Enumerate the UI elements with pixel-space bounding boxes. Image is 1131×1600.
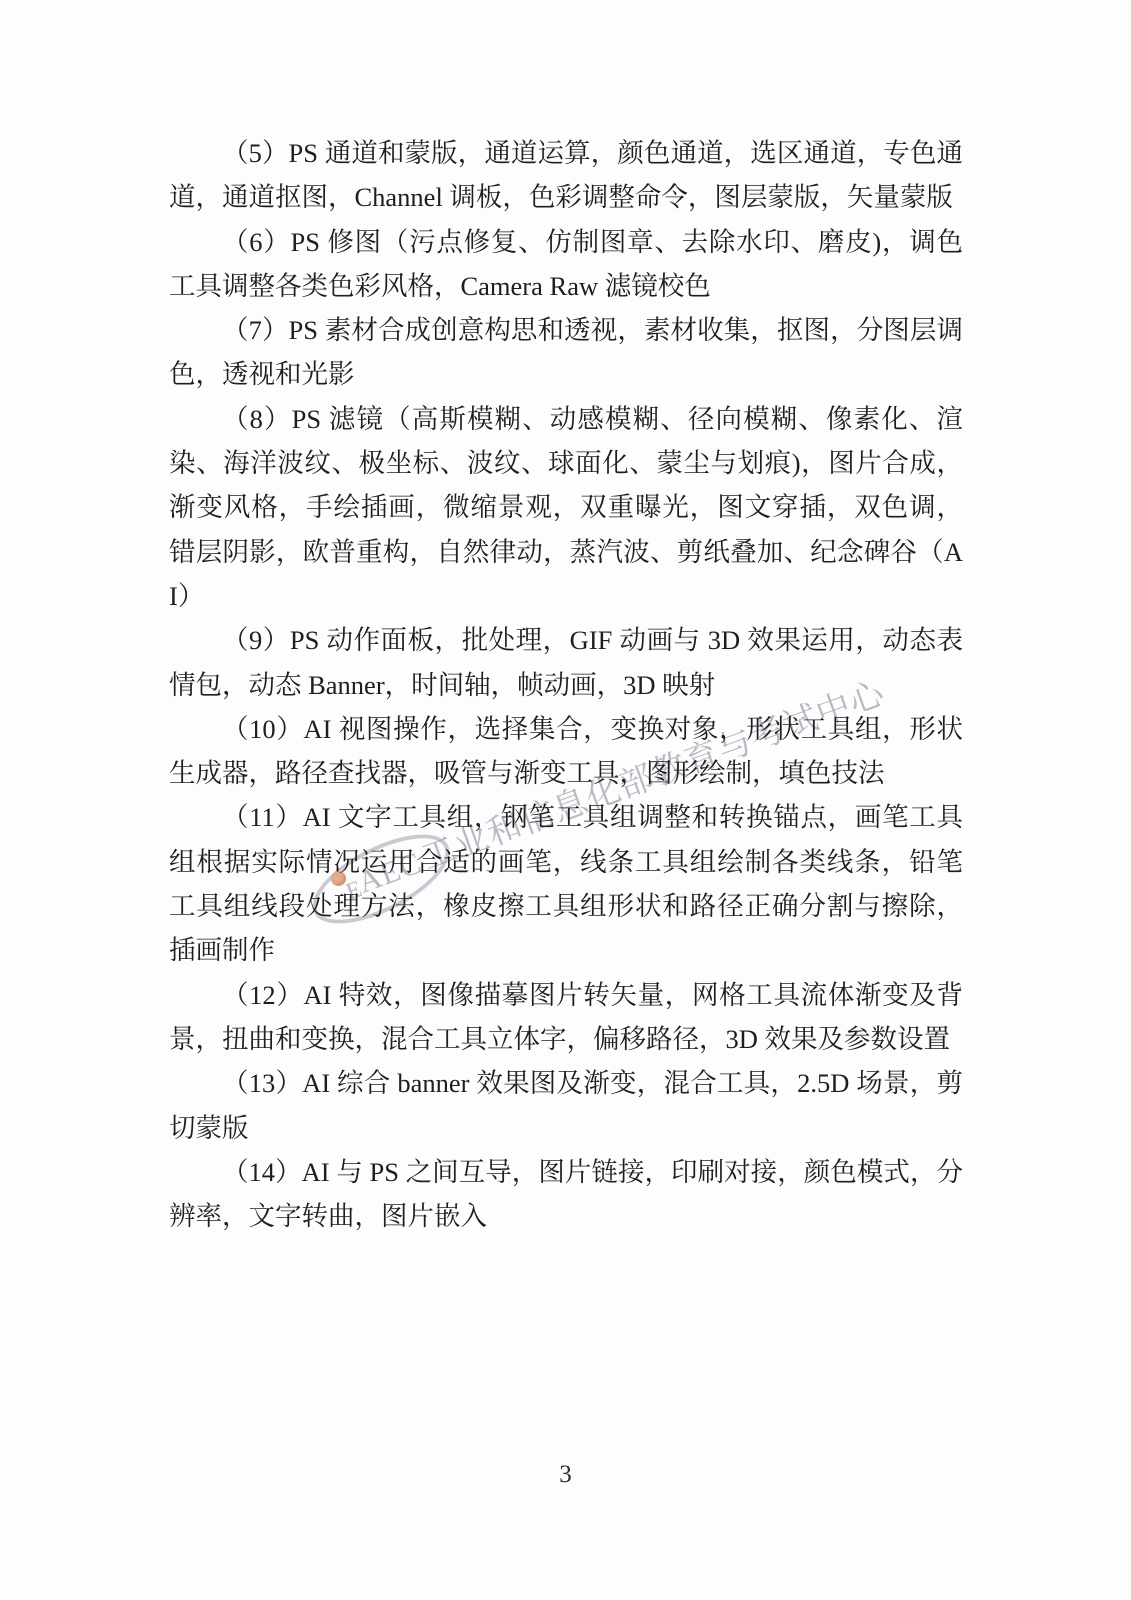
document-body: （5）PS 通道和蒙版，通道运算，颜色通道，选区通道，专色通道，通道抠图，Cha… [169, 131, 963, 1238]
paragraph-item-13: （13）AI 综合 banner 效果图及渐变，混合工具，2.5D 场景，剪切蒙… [169, 1061, 963, 1150]
paragraph-item-14: （14）AI 与 PS 之间互导，图片链接，印刷对接，颜色模式，分辨率，文字转曲… [169, 1150, 963, 1239]
document-page: EAEC工业和信息化部教育与考试中心 （5）PS 通道和蒙版，通道运算，颜色通道… [0, 0, 1131, 1600]
paragraph-item-8: （8）PS 滤镜（高斯模糊、动感模糊、径向模糊、像素化、渲染、海洋波纹、极坐标、… [169, 397, 963, 618]
paragraph-item-12: （12）AI 特效，图像描摹图片转矢量，网格工具流体渐变及背景，扭曲和变换，混合… [169, 973, 963, 1062]
paragraph-item-10: （10）AI 视图操作，选择集合，变换对象，形状工具组，形状生成器，路径查找器，… [169, 707, 963, 796]
paragraph-item-5: （5）PS 通道和蒙版，通道运算，颜色通道，选区通道，专色通道，通道抠图，Cha… [169, 131, 963, 220]
paragraph-item-7: （7）PS 素材合成创意构思和透视，素材收集，抠图，分图层调色，透视和光影 [169, 308, 963, 397]
paragraph-item-9: （9）PS 动作面板，批处理，GIF 动画与 3D 效果运用，动态表情包，动态 … [169, 618, 963, 707]
page-number: 3 [0, 1461, 1131, 1489]
paragraph-item-6: （6）PS 修图（污点修复、仿制图章、去除水印、磨皮)，调色工具调整各类色彩风格… [169, 220, 963, 309]
paragraph-item-11: （11）AI 文字工具组，钢笔工具组调整和转换锚点，画笔工具组根据实际情况运用合… [169, 795, 963, 972]
